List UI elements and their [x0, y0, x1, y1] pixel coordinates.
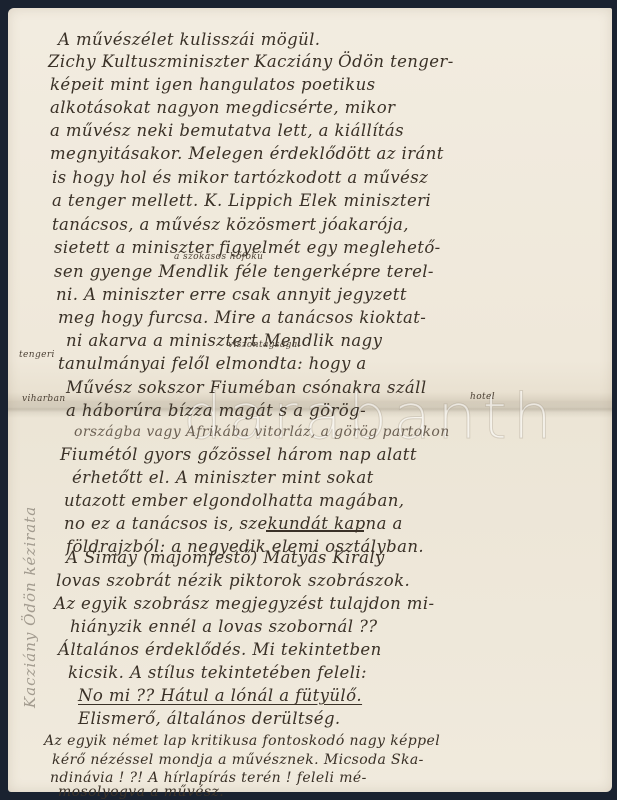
- text-line: a tenger mellett. K. Lippich Elek minisz…: [52, 191, 431, 210]
- text-line: mosolyogva a művész.: [58, 784, 224, 800]
- interlinear-insertion: a szokásos hőfokú: [174, 252, 263, 262]
- text-line: érhetőtt el. A miniszter mint sokat: [72, 468, 374, 487]
- scanned-document: darabanth Kacziány Ödön kézirata A művés…: [0, 0, 617, 800]
- text-line: Fiumétól gyors gőzössel három nap alatt: [60, 445, 417, 464]
- text-line: kicsik. A stílus tekintetében feleli:: [68, 663, 367, 682]
- text-line: lovas szobrát nézik piktorok szobrászok.: [56, 571, 410, 590]
- pencil-margin-note: Kacziány Ödön kézirata: [21, 506, 39, 708]
- text-line: Elismerő, általános derültség.: [78, 709, 341, 728]
- text-line: Általános érdeklődés. Mi tekintetben: [58, 640, 382, 659]
- text-line: tanulmányai felől elmondta: hogy a: [58, 354, 367, 373]
- margin-insertion: viharban: [22, 394, 66, 404]
- text-line: megnyitásakor. Melegen érdeklődött az ir…: [50, 144, 444, 163]
- text-line: a művész neki bemutatva lett, a kiállítá…: [50, 121, 404, 140]
- text-line: ni. A miniszter erre csak annyit jegyzet…: [56, 285, 407, 304]
- text-line: a háborúra bízza magát s a görög-: [66, 401, 366, 420]
- text-line: meg hogy furcsa. Mire a tanácsos kioktat…: [58, 308, 426, 327]
- text-line: Az egyik német lap kritikusa fontoskodó …: [44, 733, 440, 749]
- paper-sheet: darabanth Kacziány Ödön kézirata A művés…: [8, 8, 612, 792]
- text-line: Zichy Kultuszminiszter Kacziány Ödön ten…: [48, 52, 454, 71]
- text-line: is hogy hol és mikor tartózkodott a művé…: [52, 168, 428, 187]
- text-line: ni akarva a minisztert Mendlik nagy: [66, 331, 382, 350]
- text-line: No mi ?? Hátul a lónál a fütyülő.: [78, 686, 362, 705]
- text-line: A Simay (majomfestő) Mátyás Király: [66, 548, 385, 567]
- text-line: hiányzik ennél a lovas szobornál ??: [70, 617, 378, 636]
- text-line: kérő nézéssel mondja a művésznek. Micsod…: [52, 752, 424, 768]
- text-line: Művész sokszor Fiuméban csónakra száll: [66, 378, 427, 397]
- interlinear-insertion: viszontagságai: [228, 340, 301, 350]
- text-line: Az egyik szobrász megjegyzést tulajdon m…: [54, 594, 435, 613]
- text-line: utazott ember elgondolhatta magában,: [64, 491, 404, 510]
- text-line: sen gyenge Mendlik féle tengerképre tere…: [54, 262, 434, 281]
- text-line: képeit mint igen hangulatos poetikus: [50, 75, 375, 94]
- text-line: tanácsos, a művész közösmert jóakarója,: [52, 215, 409, 234]
- margin-insertion: tengeri: [19, 350, 55, 360]
- interlinear-insertion: hotel: [470, 392, 495, 402]
- text-line-faded: országba vagy Afrikába vitorláz, a görög…: [74, 424, 450, 440]
- letter-title: A művészélet kulisszái mögül.: [58, 30, 320, 49]
- text-line: alkotásokat nagyon megdicsérte, mikor: [50, 98, 395, 117]
- section-divider: [266, 530, 364, 532]
